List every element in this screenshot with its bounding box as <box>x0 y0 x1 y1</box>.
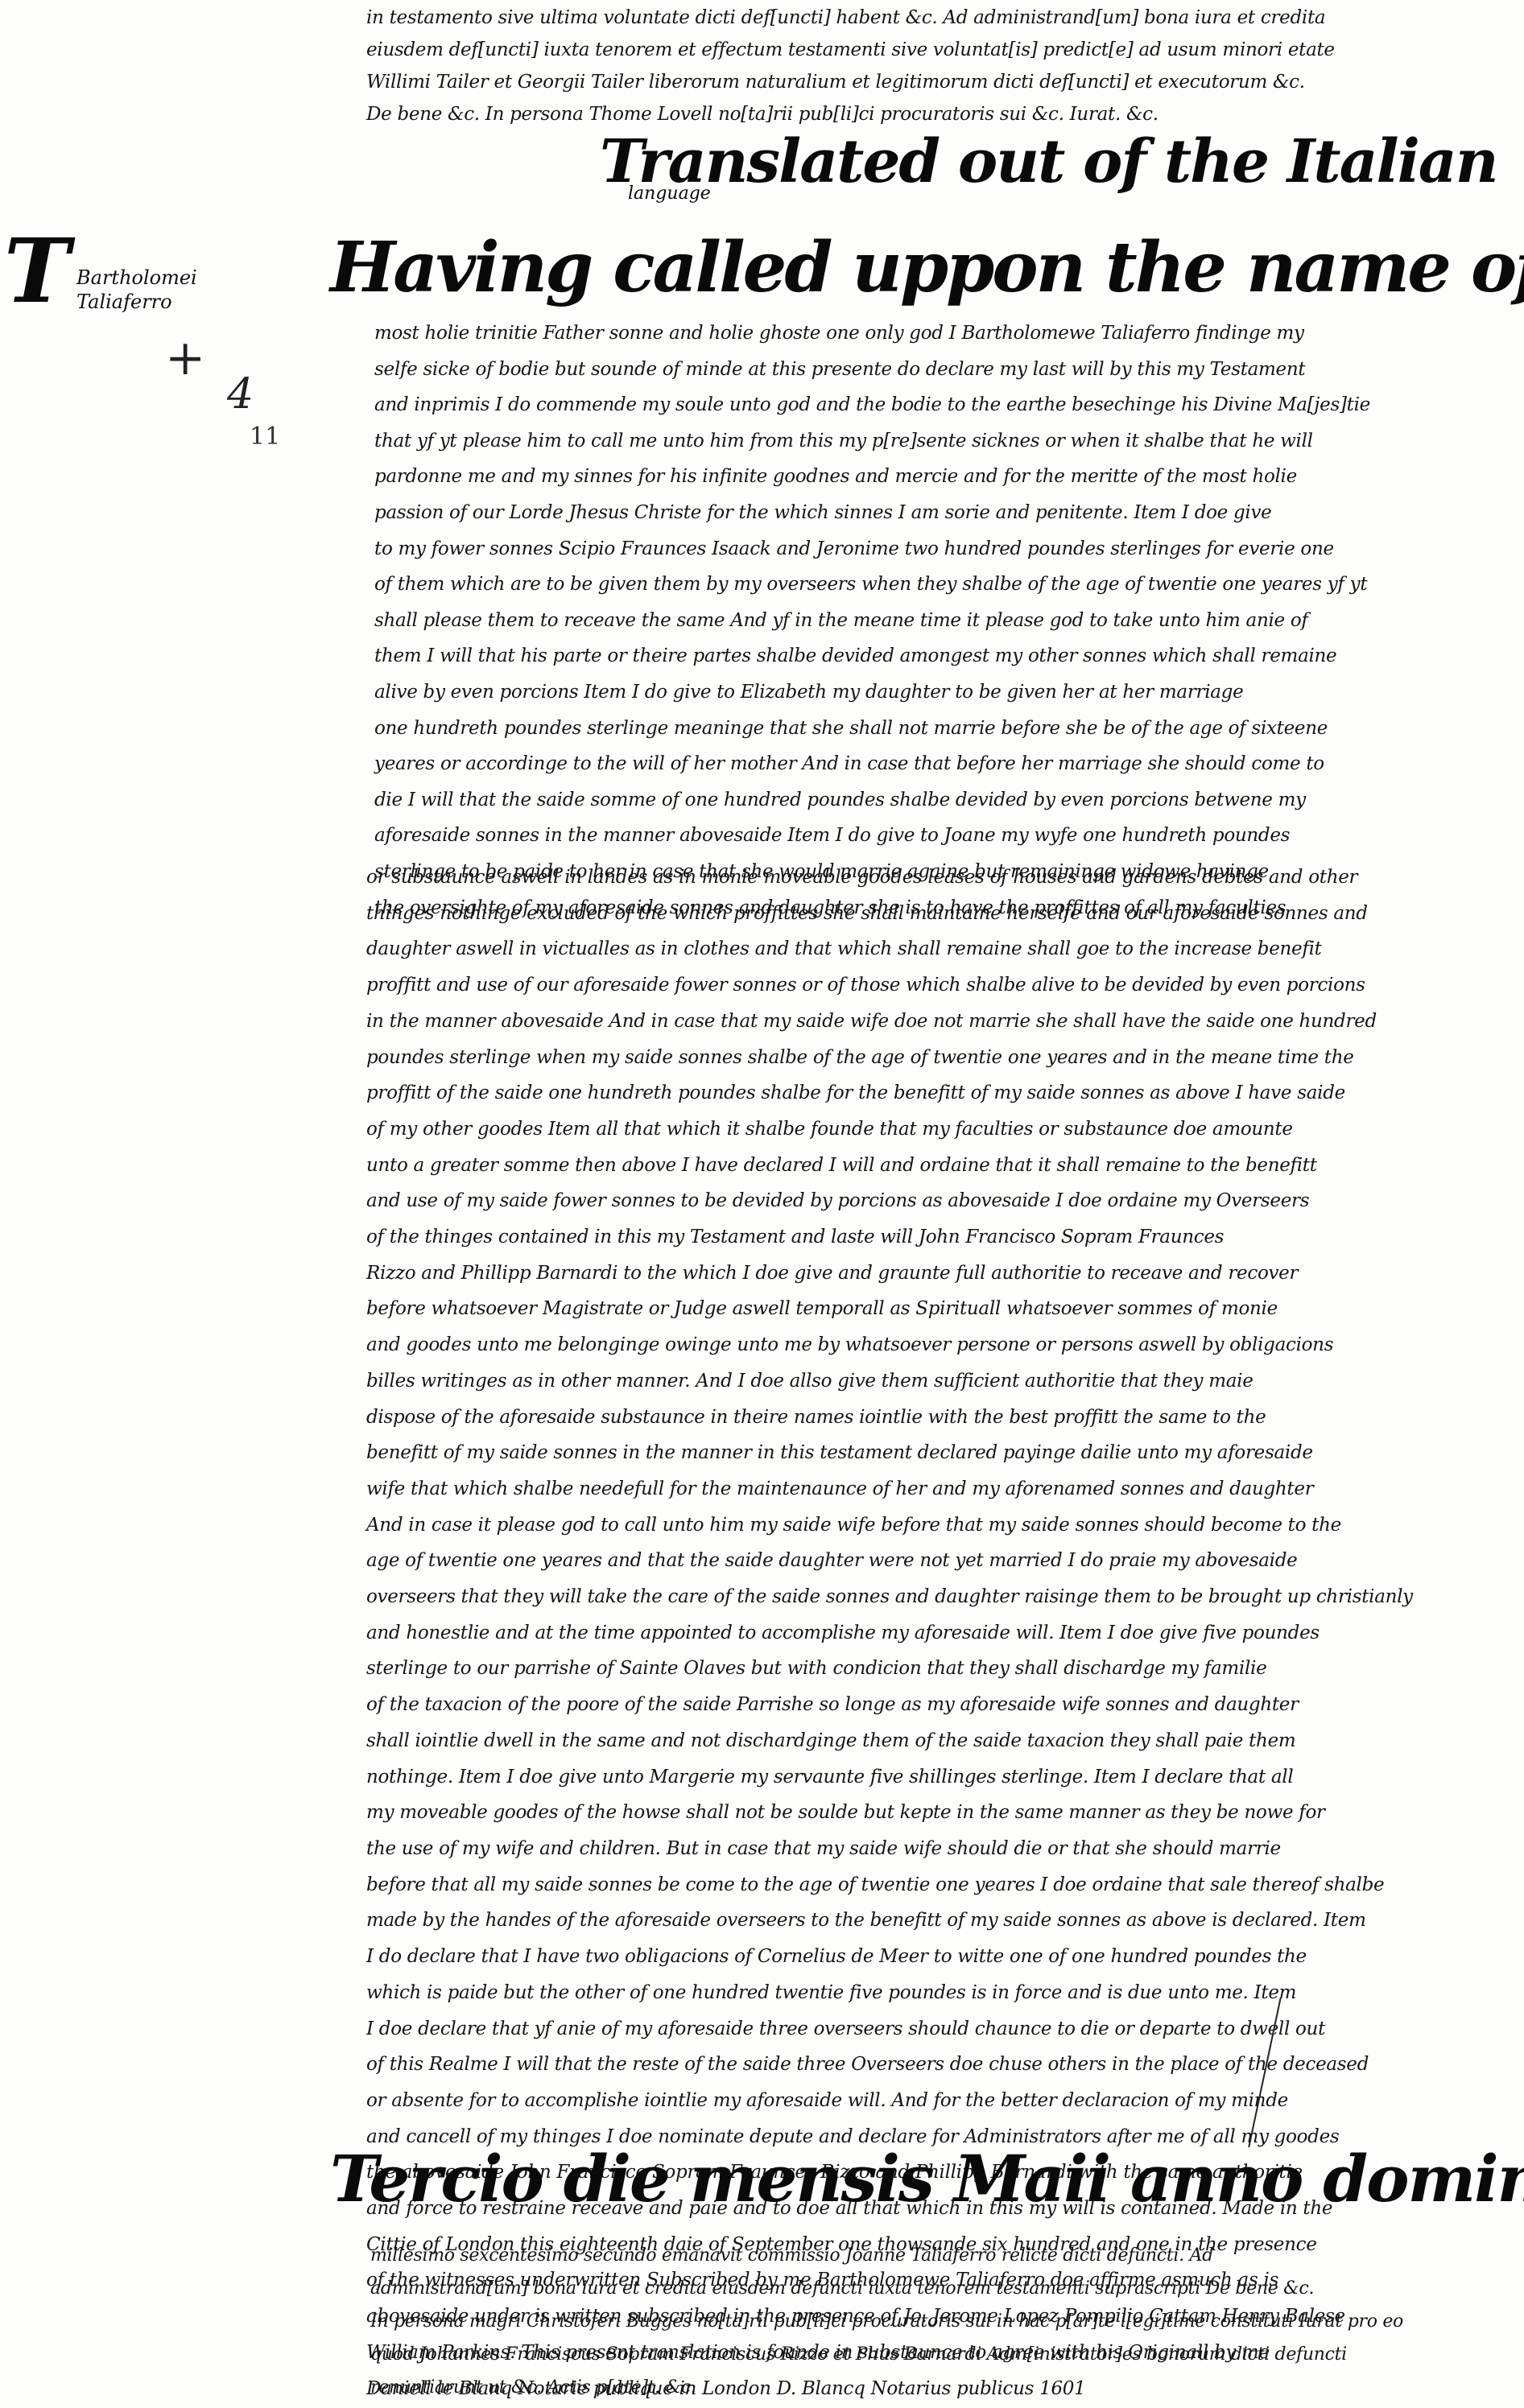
will-line: and use of my saide fower sonnes to be d… <box>366 1183 1477 1219</box>
will-line: pardonne me and my sinnes for his infini… <box>374 459 1469 495</box>
will-line: shall iointlie dwell in the same and not… <box>366 1723 1477 1759</box>
margin-testator-name: Bartholomei Taliaferro <box>76 266 197 314</box>
will-line: proffitt and use of our aforesaide fower… <box>366 967 1477 1004</box>
will-line: shall please them to receave the same An… <box>374 603 1469 639</box>
will-line: overseers that they will take the care o… <box>366 1579 1477 1615</box>
will-line: before that all my saide sonnes be come … <box>366 1867 1477 1903</box>
will-line: the use of my wife and children. But in … <box>366 1831 1477 1867</box>
will-line: nothinge. Item I doe give unto Margerie … <box>366 1759 1477 1796</box>
will-line: in the manner abovesaide And in case tha… <box>366 1004 1477 1040</box>
will-text-part1: most holie trinitie Father sonne and hol… <box>374 315 1469 926</box>
will-line: one hundreth poundes sterlinge meaninge … <box>374 711 1469 747</box>
margin-name-line2: Taliaferro <box>76 290 197 314</box>
will-line: yeares or accordinge to the will of her … <box>374 746 1469 782</box>
will-line: passion of our Lorde Jhesus Christe for … <box>374 495 1469 531</box>
will-line: or substaunce aswell in landes as in mon… <box>366 860 1477 896</box>
will-line: that yf yt please him to call me unto hi… <box>374 423 1469 460</box>
will-line: And in case it please god to call unto h… <box>366 1507 1477 1544</box>
will-line: die I will that the saide somme of one h… <box>374 782 1469 818</box>
will-line: them I will that his parte or theire par… <box>374 638 1469 674</box>
will-line: benefitt of my saide sonnes in the manne… <box>366 1435 1477 1471</box>
will-line: or absente for to accomplishe iointlie m… <box>366 2083 1477 2119</box>
heading-language: language <box>628 183 711 204</box>
latin-top-line: Willimi Tailer et Georgii Tailer liberor… <box>366 66 1413 98</box>
will-line: made by the handes of the aforesaide ove… <box>366 1903 1477 1939</box>
will-line: thinges nothinge excluded of the which p… <box>366 896 1477 932</box>
manuscript-page: in testamento sive ultima voluntate dict… <box>0 0 1524 2408</box>
heading-tercio-die: Tercio die mensis Maii anno domini <box>330 2141 1524 2216</box>
will-line: and inprimis I do commende my soule unto… <box>374 387 1469 423</box>
latin-top-line: eiusdem def[uncti] iuxta tenorem et effe… <box>366 34 1413 66</box>
will-line: proffitt of the saide one hundreth pound… <box>366 1075 1477 1111</box>
will-line: and honestlie and at the time appointed … <box>366 1615 1477 1651</box>
will-line: of them which are to be given them by my… <box>374 567 1469 603</box>
latin-bottom-line: quod Johannes Franciscus Sopram Francisc… <box>370 2338 1481 2371</box>
will-line: poundes sterlinge when my saide sonnes s… <box>366 1040 1477 1076</box>
folio-sub-number: 11 <box>250 423 280 451</box>
will-line: selfe sicke of bodie but sounde of minde… <box>374 352 1469 388</box>
folio-cross-mark: + <box>165 330 205 386</box>
will-line: my moveable goodes of the howse shall no… <box>366 1795 1477 1831</box>
latin-probate-clause-top: in testamento sive ultima voluntate dict… <box>366 2 1413 130</box>
latin-bottom-line: In persona magri Christoferi Bugges no[t… <box>370 2305 1481 2338</box>
will-line: billes writinges as in other manner. And… <box>366 1363 1477 1400</box>
will-line: of the taxacion of the poore of the said… <box>366 1687 1477 1723</box>
latin-probate-act-bottom: millesimo sexcentesimo secundo emanavit … <box>370 2239 1481 2404</box>
will-line: which is paide but the other of one hund… <box>366 1975 1477 2011</box>
will-line: wife that which shalbe needefull for the… <box>366 1471 1477 1507</box>
folio-number: 4 <box>227 370 254 419</box>
margin-initial-letter: T <box>4 219 70 323</box>
will-line: Rizzo and Phillipp Barnardi to the which… <box>366 1256 1477 1292</box>
will-line: alive by even porcions Item I do give to… <box>374 674 1469 711</box>
will-line: of the thinges contained in this my Test… <box>366 1219 1477 1256</box>
will-line: of my other goodes Item all that which i… <box>366 1111 1477 1148</box>
latin-top-line: in testamento sive ultima voluntate dict… <box>366 2 1413 34</box>
latin-bottom-line: renuntiarunt ut &c. Actis p[ate]t. &c. <box>370 2371 1481 2404</box>
heading-having-called: Having called uppon the name of the <box>330 227 1524 308</box>
will-line: age of twentie one yeares and that the s… <box>366 1543 1477 1579</box>
heading-translated: Translated out of the Italian <box>600 127 1497 196</box>
will-line: daughter aswell in victualles as in clot… <box>366 931 1477 967</box>
will-line: before whatsoever Magistrate or Judge as… <box>366 1291 1477 1327</box>
will-line: aforesaide sonnes in the manner abovesai… <box>374 818 1469 854</box>
margin-name-line1: Bartholomei <box>76 266 197 290</box>
will-line: sterlinge to our parrishe of Sainte Olav… <box>366 1651 1477 1687</box>
latin-bottom-line: administrand[um] bona iura et credita ei… <box>370 2272 1481 2305</box>
will-line: to my fower sonnes Scipio Fraunces Isaac… <box>374 531 1469 567</box>
will-line: most holie trinitie Father sonne and hol… <box>374 315 1469 352</box>
will-line: I doe declare that yf anie of my aforesa… <box>366 2011 1477 2047</box>
latin-top-line: De bene &c. In persona Thome Lovell no[t… <box>366 98 1413 130</box>
will-line: unto a greater somme then above I have d… <box>366 1148 1477 1184</box>
will-line: dispose of the aforesaide substaunce in … <box>366 1400 1477 1436</box>
latin-bottom-line: millesimo sexcentesimo secundo emanavit … <box>370 2239 1481 2272</box>
will-line: of this Realme I will that the reste of … <box>366 2047 1477 2083</box>
will-line: I do declare that I have two obligacions… <box>366 1939 1477 1975</box>
will-line: and goodes unto me belonginge owinge unt… <box>366 1327 1477 1363</box>
